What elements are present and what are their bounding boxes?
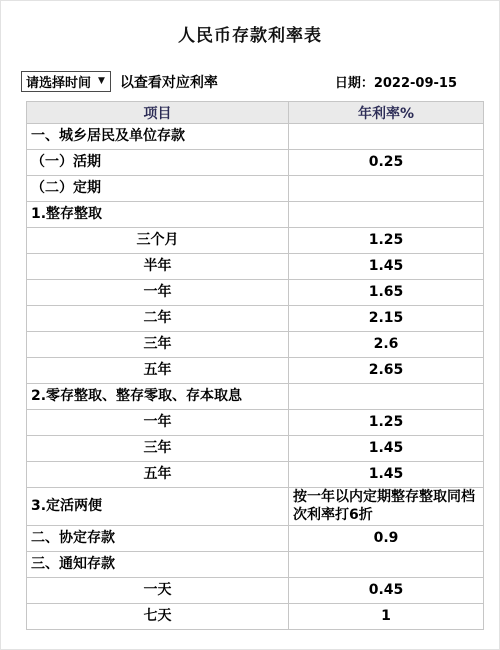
rate-cell: 1.65 [289, 280, 484, 306]
table-row: 二年2.15 [27, 306, 484, 332]
item-cell: 二、协定存款 [27, 526, 289, 552]
table-row: 三个月1.25 [27, 228, 484, 254]
table-row: （一）活期0.25 [27, 150, 484, 176]
rate-cell: 0.45 [289, 578, 484, 604]
item-cell: 三年 [27, 332, 289, 358]
rate-cell [289, 124, 484, 150]
table-row: 五年1.45 [27, 462, 484, 488]
item-cell: 七天 [27, 604, 289, 630]
item-cell: 二年 [27, 306, 289, 332]
controls-bar: 请选择时间 ▼ 以查看对应利率 日期：2022-09-15 [21, 71, 479, 92]
table-row: （二）定期 [27, 176, 484, 202]
item-cell: 1.整存整取 [27, 202, 289, 228]
rate-cell: 0.25 [289, 150, 484, 176]
column-header-rate: 年利率% [289, 102, 484, 124]
table-row: 三年1.45 [27, 436, 484, 462]
item-cell: 一年 [27, 410, 289, 436]
time-select-value: 请选择时间 [26, 72, 91, 91]
table-row: 一天0.45 [27, 578, 484, 604]
rate-cell: 2.15 [289, 306, 484, 332]
table-row: 七天1 [27, 604, 484, 630]
table-row: 半年1.45 [27, 254, 484, 280]
rates-table: 项目 年利率% 一、城乡居民及单位存款（一）活期0.25（二）定期1.整存整取三… [26, 101, 484, 630]
rate-cell: 1.25 [289, 228, 484, 254]
item-cell: 三年 [27, 436, 289, 462]
rate-cell: 1.25 [289, 410, 484, 436]
table-row: 五年2.65 [27, 358, 484, 384]
table-row: 一年1.25 [27, 410, 484, 436]
date-label: 日期：2022-09-15 [335, 72, 457, 91]
item-cell: 五年 [27, 462, 289, 488]
rate-cell [289, 552, 484, 578]
table-row: 三年2.6 [27, 332, 484, 358]
item-cell: 一、城乡居民及单位存款 [27, 124, 289, 150]
chevron-down-icon: ▼ [98, 77, 105, 86]
table-row: 二、协定存款0.9 [27, 526, 484, 552]
item-cell: 一天 [27, 578, 289, 604]
item-cell: 一年 [27, 280, 289, 306]
table-row: 一、城乡居民及单位存款 [27, 124, 484, 150]
rate-cell: 1.45 [289, 436, 484, 462]
item-cell: （二）定期 [27, 176, 289, 202]
table-row: 一年1.65 [27, 280, 484, 306]
table-row: 2.零存整取、整存零取、存本取息 [27, 384, 484, 410]
item-cell: （一）活期 [27, 150, 289, 176]
item-cell: 三、通知存款 [27, 552, 289, 578]
page-title: 人民币存款利率表 [1, 21, 499, 46]
rate-cell: 2.65 [289, 358, 484, 384]
item-cell: 五年 [27, 358, 289, 384]
rate-cell [289, 176, 484, 202]
rate-cell [289, 202, 484, 228]
table-row: 3.定活两便按一年以内定期整存整取同档次利率打6折 [27, 488, 484, 526]
item-cell: 3.定活两便 [27, 488, 289, 526]
select-hint-text: 以查看对应利率 [120, 72, 218, 92]
item-cell: 半年 [27, 254, 289, 280]
table-row: 三、通知存款 [27, 552, 484, 578]
rate-cell: 1.45 [289, 254, 484, 280]
rate-cell [289, 384, 484, 410]
rate-cell: 1 [289, 604, 484, 630]
rate-cell: 按一年以内定期整存整取同档次利率打6折 [289, 488, 484, 526]
rate-cell: 2.6 [289, 332, 484, 358]
rate-cell: 1.45 [289, 462, 484, 488]
item-cell: 三个月 [27, 228, 289, 254]
column-header-item: 项目 [27, 102, 289, 124]
table-header-row: 项目 年利率% [27, 102, 484, 124]
rate-cell: 0.9 [289, 526, 484, 552]
table-row: 1.整存整取 [27, 202, 484, 228]
time-select-dropdown[interactable]: 请选择时间 ▼ [21, 71, 111, 92]
rates-page: { "title": "人民币存款利率表", "controls": { "se… [0, 0, 500, 650]
item-cell: 2.零存整取、整存零取、存本取息 [27, 384, 289, 410]
